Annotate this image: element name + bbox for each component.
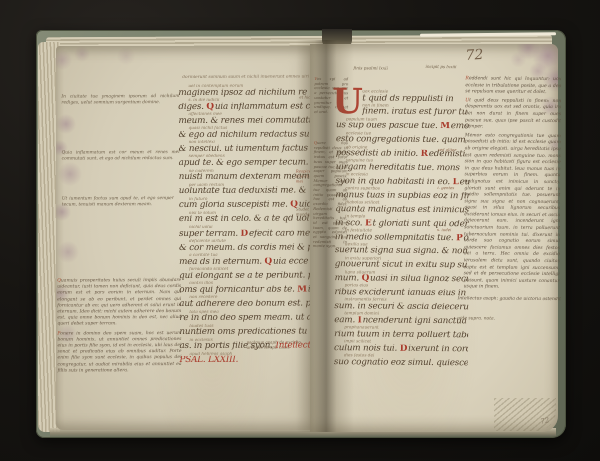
body-ink-text: qui elongant se a te peribunt. pdidisti: [179, 271, 319, 281]
psalm-verse-text: uoluntate tua deduxisti me. &: [179, 187, 319, 197]
psalm-verse-text: nuntiem oms predicationes tu: [179, 328, 319, 338]
commentary-short-lines: uide supra. nota.: [457, 316, 507, 322]
running-header-left: finis psalmi lxxii: [353, 65, 387, 70]
manuscript-text-line: uel in contemptum eorummaginem ipsoz ad …: [178, 83, 318, 98]
manuscript-text-line: a caritate tuamea ds in eternum. Quia ec…: [179, 253, 319, 268]
manuscript-text-line: contra illosoms qui fornicantur abs te. …: [179, 281, 319, 296]
body-ink-text: culum nois tui.: [334, 344, 400, 354]
manuscript-text-line: populum tuumus sup oues pascue tue. Memo…: [336, 117, 470, 132]
manuscript-text-line: ecclesie tueesto congregationis tue. qua…: [336, 131, 470, 146]
left-page: dormierunt somnum suum et nichil inuener…: [56, 46, 316, 430]
right-margin-commentary: Reddendi sunt hic qui loquuntur: uox ecc…: [464, 76, 562, 294]
psalm-verse-text: super terram. Defecit caro mea: [179, 229, 319, 239]
manuscript-text-line: non intellexi& nesciui. ut iumentum fact…: [179, 140, 319, 155]
left-page-content: dormierunt somnum suum et nichil inuener…: [55, 45, 317, 430]
manuscript-text-line: uox ecclesiet quid ds reppulisti in: [336, 89, 470, 104]
psalm-verse-text: qui elongant se a te peribunt. pdidisti: [179, 271, 319, 281]
rubric-red-text: PSAL. LXXIII.: [180, 356, 239, 366]
body-ink-text: diges.: [178, 102, 206, 112]
rubric-red-text: M: [297, 285, 308, 294]
body-ink-text: meum. & renes mei commutati sunt.: [178, 116, 318, 126]
intercolumn-gloss-fragment: i. gentes: [437, 186, 467, 191]
body-ink-text: mea ds in eternum.: [179, 257, 264, 267]
body-ink-text: eni m est in celo. & a te qd uolui: [179, 215, 317, 225]
folio-number: 72: [465, 47, 484, 64]
rubric-red-text: M: [440, 122, 451, 132]
psalm-verse-text: as. in portis filie syon. Intellectus: [179, 342, 319, 352]
body-ink-text: cum gloria suscepisti me.: [179, 201, 290, 211]
psalm-verse-text: & nesciui. ut iumentum factus sum: [179, 144, 319, 154]
psalm-verse-text: re in dno deo spem meam. ut an: [179, 314, 319, 324]
psalm-verse-text: maginem ipsoz ad nichilum re: [178, 88, 318, 98]
manuscript-text-line: ne caderemnuisti manum dexteram meam. & …: [179, 168, 319, 183]
rubric-red-text: D: [400, 344, 409, 354]
manuscript-text-line: per uiam rectamuoluntate tua deduxisti m…: [179, 182, 319, 197]
body-ink-text: uasi in silua lignoz secu: [370, 274, 469, 284]
right-page: finis psalmi lxxii incipit ps lxxiii 72 …: [310, 44, 558, 432]
psalm-verse-text: nuisti manum dexteram meam. & in: [179, 173, 319, 183]
left-margin-note: Ut iumentum factus sum apud te, et ego s…: [62, 196, 174, 208]
manuscript-photograph: dormierunt somnum suum et nichil inuener…: [0, 0, 600, 461]
psalm-verse-text: cum gloria suscepisti me. Quid: [179, 201, 319, 211]
body-ink-text: us sup oues pascue tue.: [336, 122, 440, 132]
manuscript-text-line: instrumentis ferreissum. in securi & asc…: [334, 297, 468, 312]
body-ink-text: & cor meum. ds cordis mei & pars: [179, 243, 319, 253]
manuscript-text-line: non in finemfinem. iratus est furor tu: [336, 103, 470, 118]
psalm-verse-text: suo cognatio eoz simul. quiescere: [334, 358, 468, 368]
psalm-verse-text: apud te. & ego semper tecum. Te: [179, 158, 319, 168]
manuscript-text-line: portas eiusribus exciderunt ianuas eius …: [334, 284, 468, 299]
body-ink-text: aut adherere deo bonum est. pone: [179, 299, 319, 309]
rubric-red-text: R: [421, 149, 429, 159]
left-margin-note: In ciuitate tua ymaginem ipsorum ad nich…: [61, 94, 179, 106]
running-header-right: incipit ps lxxiii: [425, 64, 456, 69]
body-ink-text: suo cognatio eoz simul. quiescere: [334, 358, 468, 368]
right-page-content: finis psalmi lxxii incipit ps lxxiii 72 …: [308, 43, 559, 433]
manuscript-text-line: apud hebreos asaphPSAL. LXXIII.: [179, 351, 319, 366]
body-ink-text: super terram.: [179, 229, 241, 239]
manuscript-text-line: affectiones meemeum. & renes mei commuta…: [178, 112, 318, 127]
commentary-paragraph: Quamuis prosperitates huius seculi impii…: [57, 278, 181, 328]
manuscript-text-line: non recedereaut adherere deo bonum est. …: [179, 295, 319, 310]
psalm-verse-text: diges. Quia inflammatum est cor: [178, 102, 318, 112]
body-ink-text: eam.: [334, 316, 357, 325]
commentary-paragraph: Reddendi sunt hic qui loquuntur: uox ecc…: [465, 76, 561, 97]
manuscript-text-line: sanguine tuouirgam hereditatis tue. mons: [336, 159, 470, 174]
manuscript-text-line: in ecclesiisas. in portis filie syon. In…: [179, 337, 319, 352]
manuscript-text-line: in futurocum gloria suscepisti me. Quid: [179, 196, 319, 211]
body-ink-text: uia inflammatum est cor: [215, 102, 319, 111]
left-margin-note: Quia inflammatum est cor meum et renes m…: [62, 150, 180, 162]
psalm-verse-text: & cor meum. ds cordis mei & pars: [179, 243, 319, 253]
body-ink-text: uoluntate tua deduxisti me. &: [179, 187, 306, 197]
left-main-text-column: uel in contemptum eorummaginem ipsoz ad …: [178, 83, 319, 365]
intercolumn-gloss-fragment: sed aliter: [438, 148, 466, 153]
psalm-verse-text: eni m est in celo. & a te qd uolui: [179, 215, 319, 225]
manuscript-text-line: ligna siluarummum. Quasi in silua lignoz…: [335, 270, 469, 285]
psalm-verse-text: aut adherere deo bonum est. pone: [179, 299, 319, 309]
body-ink-text: ixerunt in corde: [408, 344, 468, 354]
body-ink-text: apud te. & ego semper tecum.: [179, 158, 311, 168]
manuscript-text-line: diabolus scilicetquanta malignatus est i…: [335, 200, 469, 215]
manuscript-text-line: tota spes meare in dno deo spem meam. ut…: [179, 309, 319, 324]
left-margin-commentary: Quamuis prosperitates huius seculi impii…: [57, 278, 181, 378]
psalm-verse-text: PSAL. LXXIII.: [180, 356, 320, 366]
manuscript-text-line: fornicando scilicetqui elongant se a te …: [179, 267, 319, 282]
intercolumn-gloss-fragment: s. iudei: [437, 228, 467, 233]
rubric-red-text: Q: [265, 257, 274, 266]
manuscript-text-line: prophanaueruntrium tuum in terra polluer…: [334, 325, 468, 340]
corner-folio-mark: 72: [540, 416, 550, 426]
body-ink-text: maginem ipsoz ad nichilum re: [178, 88, 307, 98]
body-ink-text: uia ecce: [273, 257, 308, 266]
rubric-red-text: D: [241, 229, 249, 238]
psalm-verse-text: meum. & renes mei commutati sunt.: [178, 116, 318, 126]
manuscript-text-line: impii scilicetculum nois tui. Dixerunt i…: [334, 339, 468, 354]
body-ink-text: ncenderunt igni sanctua: [363, 316, 467, 326]
rubric-red-text: Q: [290, 201, 299, 210]
commentary-paragraph: Ponere in domino deo spem suam, hoc est …: [57, 331, 181, 375]
body-ink-text: finem. iratus est furor tu: [362, 108, 467, 118]
manuscript-text-line: nisi te solumeni m est in celo. & a te q…: [179, 210, 319, 225]
body-ink-text: mum.: [335, 274, 362, 283]
body-ink-text: efecit caro mea: [249, 229, 315, 238]
manuscript-text-line: templum dominieam. Incenderunt igni sanc…: [334, 311, 468, 326]
body-ink-text: nuntiem oms predicationes tu: [179, 328, 307, 338]
commentary-single-line: Intellectus asaph: gaudia de uictoria os…: [457, 296, 561, 302]
manuscript-text-line: deficiente uirtute& cor meum. ds cordis …: [179, 238, 319, 253]
body-ink-text: in sco.: [335, 219, 365, 228]
body-ink-text: re in dno deo spem meam. ut an: [179, 314, 317, 324]
body-ink-text: oms qui fornicantur abs te.: [179, 285, 297, 295]
manuscript-text-line: dies festos deisuo cognatio eoz simul. q…: [334, 353, 468, 368]
rubric-red-text: P: [456, 233, 464, 243]
commentary-paragraph: Memor esto congregationis tue quam posse…: [464, 133, 561, 292]
manuscript-text-line: s. in die iudiciidiges. Quia inflammatum…: [178, 98, 318, 113]
psalm-verse-text: oms qui fornicantur abs te. Michi: [179, 285, 319, 295]
psalm-verse-text: mea ds in eternum. Quia ecce: [179, 257, 319, 267]
body-ink-text: & nesciui. ut iumentum factus sum: [179, 144, 319, 154]
manuscript-text-line: quasi nichil factus& ego ad nichilum red…: [179, 126, 319, 141]
manuscript-text-line: semper obediensapud te. & ego semper tec…: [179, 154, 319, 169]
body-ink-text: t quid ds reppulisti in: [362, 94, 453, 104]
body-ink-text: & ego ad nichilum redactus sum.: [179, 130, 319, 140]
psalm-verse-text: & ego ad nichilum redactus sum.: [179, 130, 319, 140]
manuscript-text-line: in exitu superiorignouerunt sicut in exi…: [335, 256, 469, 271]
manuscript-text-line: uexilla suasuerunt signa sua signa. & no…: [335, 242, 469, 257]
commentary-paragraph: Ut quid deus reppulisti in finem: non de…: [465, 98, 561, 132]
body-ink-text: possedisti ab initio.: [336, 149, 421, 159]
manuscript-text-line: nichil uoluisuper terram. Defecit caro m…: [179, 224, 319, 239]
body-ink-text: as. in portis filie syon.: [179, 342, 275, 352]
body-ink-text: nuisti manum dexteram meam. & in: [179, 173, 319, 183]
manuscript-text-line: laudes tuasnuntiem oms predicationes tu: [179, 323, 319, 338]
